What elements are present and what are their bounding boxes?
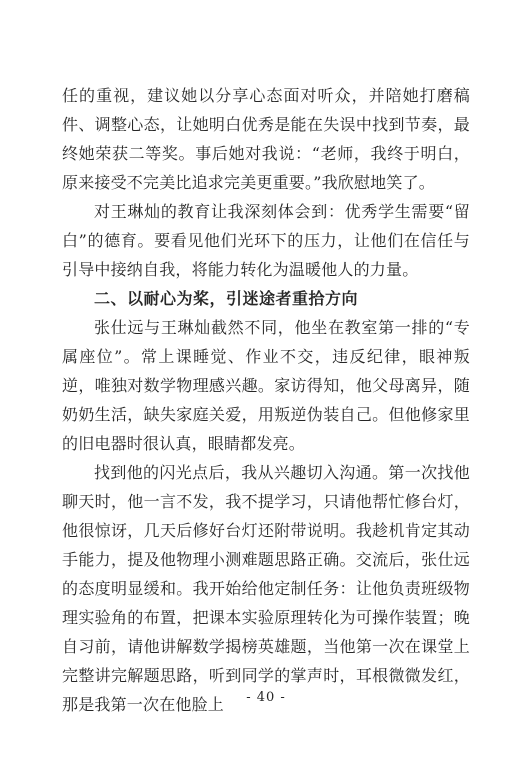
document-page: 任的重视，建议她以分享心态面对听众，并陪她打磨稿件、调整心态，让她明白优秀是能在… xyxy=(0,0,532,768)
page-number: - 40 - xyxy=(246,690,286,705)
paragraph-zhang-intro: 张仕远与王琳灿截然不同，他坐在教室第一排的“专属座位”。常上课睡觉、作业不交，违… xyxy=(62,313,470,458)
page-body: 任的重视，建议她以分享心态面对听众，并陪她打磨稿件、调整心态，让她明白优秀是能在… xyxy=(62,81,470,719)
paragraph-wang-reflection: 对王琳灿的教育让我深刻体会到：优秀学生需要“留白”的德育。要看见他们光环下的压力… xyxy=(62,197,470,284)
paragraph-zhang-progress: 找到他的闪光点后，我从兴趣切入沟通。第一次找他聊天时，他一言不发，我不提学习，只… xyxy=(62,458,470,719)
paragraph-continuation: 任的重视，建议她以分享心态面对听众，并陪她打磨稿件、调整心态，让她明白优秀是能在… xyxy=(62,81,470,197)
page-footer: - 40 - xyxy=(0,690,532,705)
section-heading: 二、以耐心为桨，引迷途者重拾方向 xyxy=(62,284,470,313)
